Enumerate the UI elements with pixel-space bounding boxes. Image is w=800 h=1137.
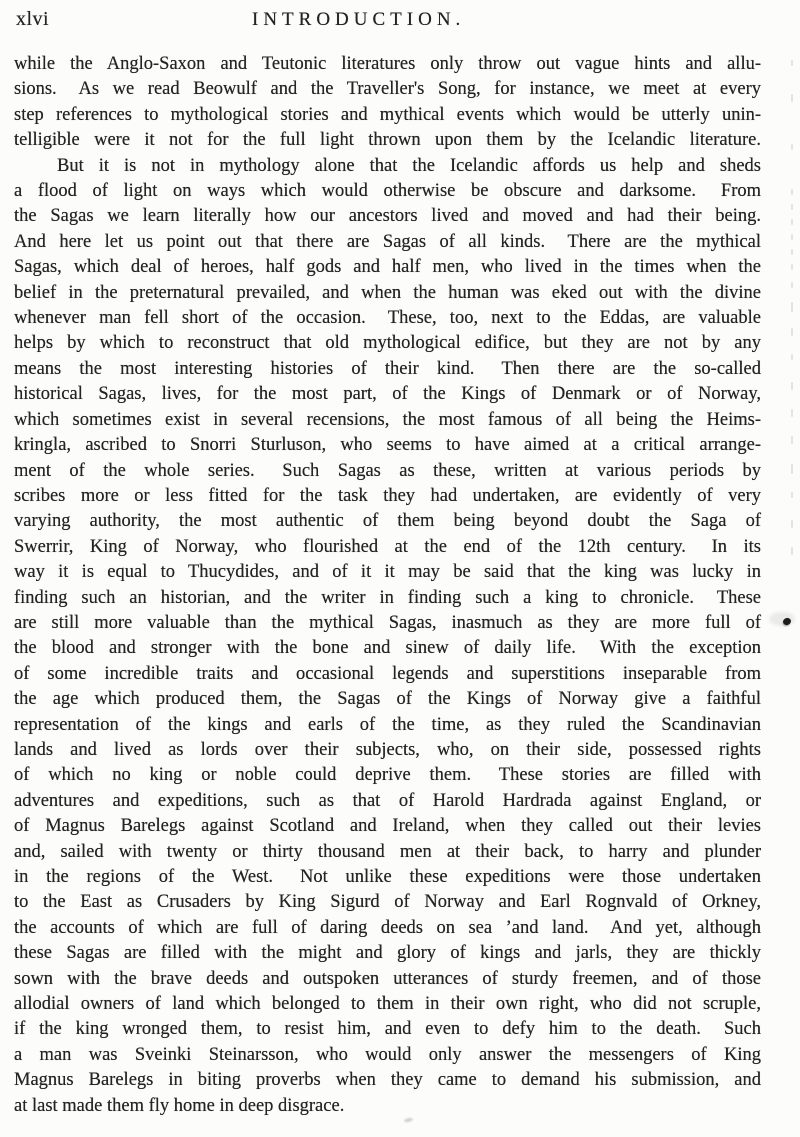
text-line: way it is equal to Thucydides, and of it… [14,560,761,585]
text-line: a flood of light on ways which would oth… [14,179,761,204]
text-line: Magnus Barelegs in biting proverbs when … [14,1068,761,1093]
text-line: Sagas, which deal of heroes, half gods a… [14,255,761,280]
text-line: which sometimes exist in several recensi… [14,408,761,433]
page-number: xlvi [16,8,49,31]
text-line: the age which produced them, the Sagas o… [14,687,761,712]
text-line: to the East as Crusaders by King Sigurd … [14,890,761,915]
text-line: varying authority, the most authentic of… [14,509,761,534]
text-line: scribes more or less fitted for the task… [14,484,761,509]
edge-tick [791,60,793,66]
text-line: telligible were it not for the full ligh… [14,128,761,153]
text-line: of which no king or noble could deprive … [14,763,761,788]
text-line: sown with the brave deeds and outspoken … [14,967,761,992]
text-line: are still more valuable than the mythica… [14,611,761,636]
body-text: while the Anglo-Saxon and Teutonic liter… [14,52,761,1119]
ink-spot-halo [769,612,795,626]
edge-tick [791,144,793,150]
edge-tick [791,302,793,312]
text-line: the accounts of which are full of daring… [14,916,761,941]
edge-tick [791,234,793,240]
edge-tick [791,94,793,102]
text-line: in the regions of the West. Not unlike t… [14,865,761,890]
running-title: INTRODUCTION. [252,9,465,31]
page-header: xlvi INTRODUCTION. [0,0,800,40]
text-line: at last made them fly home in deep disgr… [14,1094,761,1119]
edge-tick [791,492,793,498]
paragraph: while the Anglo-Saxon and Teutonic liter… [14,52,761,154]
edge-tick [791,464,793,474]
text-line: allodial owners of land which belonged t… [14,992,761,1017]
ink-spot [782,617,792,626]
edge-tick [791,219,793,225]
text-line: a man was Sveinki Steinarsson, who would… [14,1043,761,1068]
text-line: of some incredible traits and occasional… [14,662,761,687]
text-line: whenever man fell short of the occasion.… [14,306,761,331]
edge-tick [791,409,793,417]
text-line: ment of the whole series. Such Sagas as … [14,459,761,484]
text-line: belief in the preternatural prevailed, a… [14,281,761,306]
book-page: xlvi INTRODUCTION. while the Anglo-Saxon… [0,0,800,1137]
text-line: of Magnus Barelegs against Scotland and … [14,814,761,839]
text-line: the blood and stronger with the bone and… [14,636,761,661]
text-line: kringla, ascribed to Snorri Sturluson, w… [14,433,761,458]
text-line: helps by which to reconstruct that old m… [14,331,761,356]
text-line: lands and lived as lords over their subj… [14,738,761,763]
edge-tick [791,249,793,255]
edge-tick [791,547,793,555]
paragraph: But it is not in mythology alone that th… [14,154,761,1119]
edge-tick [791,328,793,336]
text-line: adventures and expeditions, such as that… [14,789,761,814]
text-line: the Sagas we learn literally how our anc… [14,204,761,229]
text-line: sions. As we read Beowulf and the Travel… [14,77,761,102]
text-line: finding such an historian, and the write… [14,586,761,611]
text-line: means the most interesting histories of … [14,357,761,382]
text-line: Swerrir, King of Norway, who flourished … [14,535,761,560]
text-line: But it is not in mythology alone that th… [14,154,761,179]
edge-tick [791,189,793,195]
edge-tick [791,264,793,270]
edge-tick [791,520,793,528]
text-line: and, sailed with twenty or thirty thousa… [14,840,761,865]
text-line: while the Anglo-Saxon and Teutonic liter… [14,52,761,77]
edge-tick [791,282,793,288]
text-line: historical Sagas, lives, for the most pa… [14,382,761,407]
text-line: if the king wronged them, to resist him,… [14,1017,761,1042]
text-line: these Sagas are filled with the might an… [14,941,761,966]
edge-tick [791,354,793,360]
text-line: representation of the kings and earls of… [14,713,761,738]
edge-tick [791,436,793,444]
edge-tick [791,204,793,210]
edge-tick [791,382,793,390]
text-line: And here let us point out that there are… [14,230,761,255]
text-line: step references to mythological stories … [14,103,761,128]
